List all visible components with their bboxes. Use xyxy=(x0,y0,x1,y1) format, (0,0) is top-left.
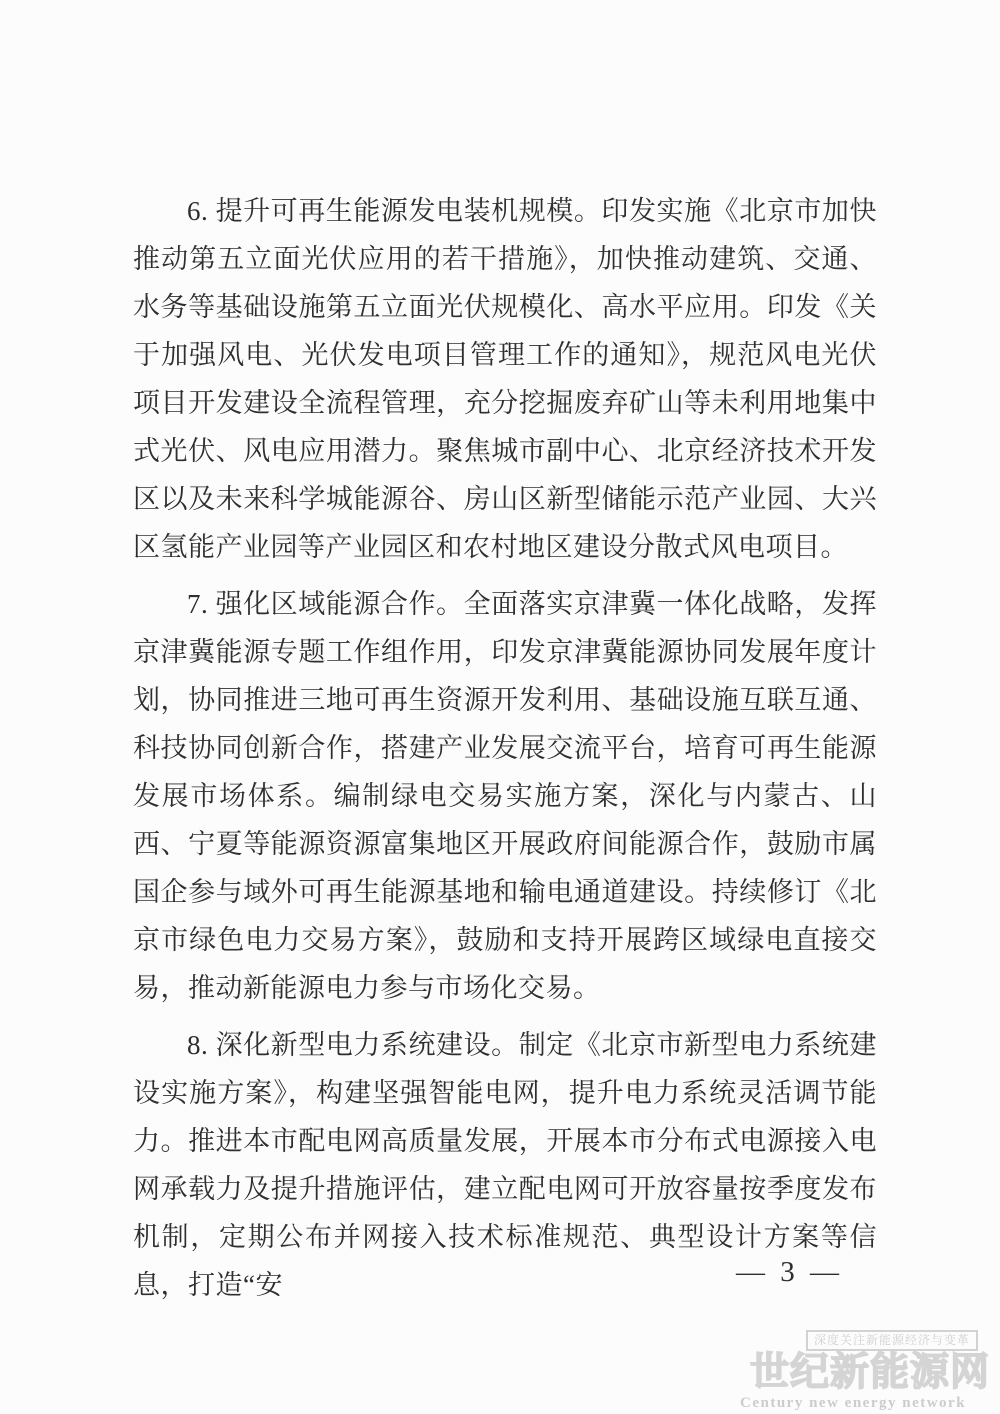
document-page: 6. 提升可再生能源发电装机规模。印发实施《北京市加快推动第五立面光伏应用的若干… xyxy=(0,0,1000,1414)
paragraph-item-7: 7. 强化区域能源合作。全面落实京津冀一体化战略，发挥京津冀能源专题工作组作用，… xyxy=(133,580,877,1012)
watermark-title: 世纪新能源网 xyxy=(740,1353,990,1394)
watermark: 深度关注新能源经济与变革 世纪新能源网 Century new energy n… xyxy=(740,1330,990,1412)
page-number: — 3 — xyxy=(736,1256,843,1289)
paragraph-item-6: 6. 提升可再生能源发电装机规模。印发实施《北京市加快推动第五立面光伏应用的若干… xyxy=(133,187,877,571)
watermark-subtitle: Century new energy network xyxy=(740,1395,962,1412)
watermark-tagline: 深度关注新能源经济与变革 xyxy=(806,1330,978,1351)
document-body: 6. 提升可再生能源发电装机规模。印发实施《北京市加快推动第五立面光伏应用的若干… xyxy=(133,187,877,1309)
